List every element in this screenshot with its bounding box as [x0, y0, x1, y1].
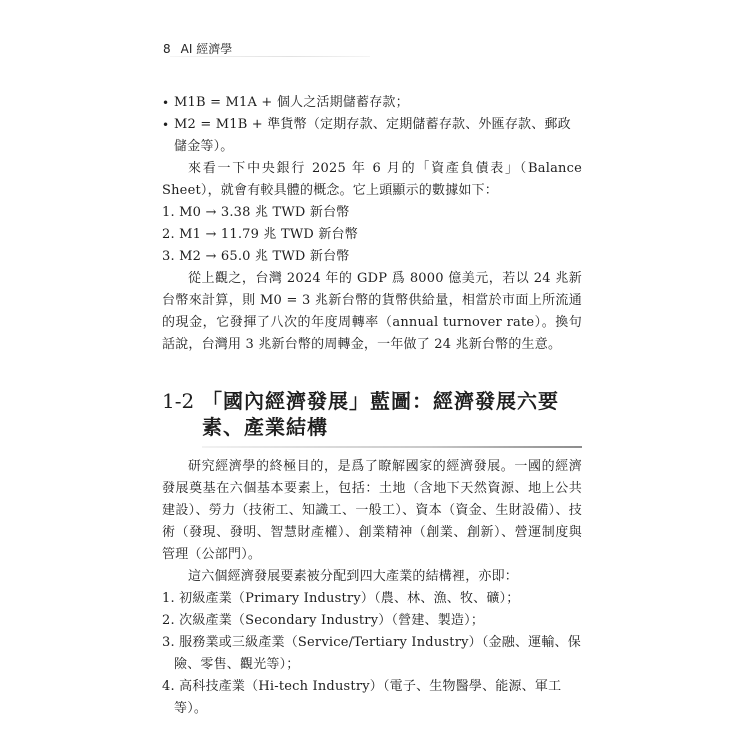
- section-heading: 1-2 「國內經濟發展」藍圖：經濟發展六要素、產業結構: [162, 388, 582, 440]
- section-paragraph-2: 這六個經濟發展要素被分配到四大產業的結構裡，亦即：: [162, 566, 582, 588]
- bullet-m1b: M1B = M1A + 個人之活期儲蓄存款；: [162, 92, 582, 114]
- bullet-m2: M2 = M1B + 準貨幣（定期存款、定期儲蓄存款、外匯存款、郵政儲金等）。: [162, 114, 582, 158]
- industry-secondary: 2. 次級產業（Secondary Industry）（營建、製造）；: [162, 610, 582, 632]
- section-title: 「國內經濟發展」藍圖：經濟發展六要素、產業結構: [202, 388, 582, 440]
- page-number: 8: [163, 42, 171, 56]
- section-number: 1-2: [162, 388, 202, 440]
- header-divider: [170, 56, 370, 57]
- money-supply-m1: 2. M1 → 11.79 兆 TWD 新台幣: [162, 224, 582, 246]
- section-heading-block: 1-2 「國內經濟發展」藍圖：經濟發展六要素、產業結構: [162, 388, 582, 448]
- industry-primary: 1. 初級產業（Primary Industry）（農、林、漁、牧、礦）；: [162, 588, 582, 610]
- intro-paragraph: 來看一下中央銀行 2025 年 6 月的「資產負債表」（Balance Shee…: [162, 158, 582, 202]
- section-divider: [202, 446, 582, 448]
- section-body-text: 研究經濟學的終極目的，是爲了瞭解國家的經濟發展。一國的經濟發展奠基在六個基本要素…: [162, 456, 582, 720]
- book-title: AI 經濟學: [181, 40, 233, 57]
- money-supply-m2: 3. M2 → 65.0 兆 TWD 新台幣: [162, 246, 582, 268]
- money-supply-m0: 1. M0 → 3.38 兆 TWD 新台幣: [162, 202, 582, 224]
- section-paragraph-1: 研究經濟學的終極目的，是爲了瞭解國家的經濟發展。一國的經濟發展奠基在六個基本要素…: [162, 456, 582, 566]
- industry-tertiary: 3. 服務業或三級產業（Service/Tertiary Industry）（金…: [162, 632, 582, 676]
- running-header: 8 AI 經濟學: [163, 40, 232, 57]
- analysis-paragraph: 從上觀之，台灣 2024 年的 GDP 爲 8000 億美元，若以 24 兆新台…: [162, 268, 582, 356]
- upper-body-text: M1B = M1A + 個人之活期儲蓄存款； M2 = M1B + 準貨幣（定期…: [162, 92, 582, 356]
- industry-hitech: 4. 高科技產業（Hi-tech Industry）（電子、生物醫學、能源、軍工…: [162, 676, 582, 720]
